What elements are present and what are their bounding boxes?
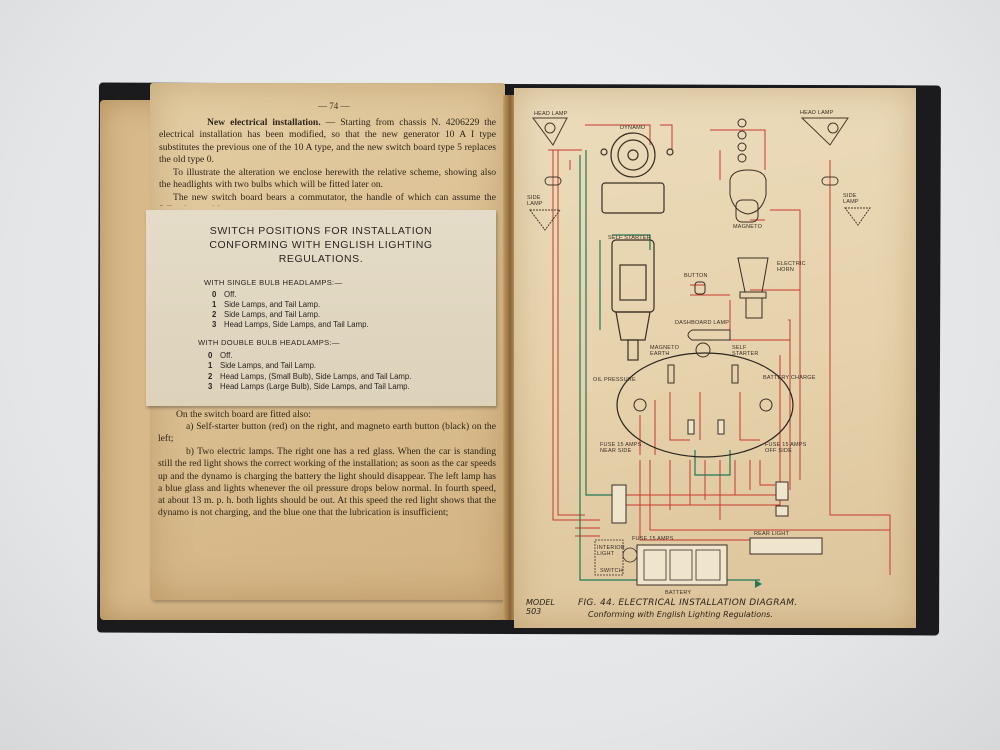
label-fuse-battery: FUSE 15 AMPS (632, 536, 674, 542)
label-battery: BATTERY (665, 590, 691, 596)
label-head-lamp-left: HEAD LAMP (534, 111, 568, 117)
label-dashboard-lamp: DASHBOARD LAMP (675, 320, 729, 326)
label-button: BUTTON (684, 273, 708, 279)
label-battery-charge: BATTERY CHARGE (763, 375, 816, 381)
label-self-starter-switch: SELF STARTER (732, 345, 760, 357)
label-self-starter: SELF STARTER (608, 235, 651, 241)
label-dynamo: DYNAMO (620, 125, 645, 131)
label-fuse-near-side: FUSE 15 AMPS NEAR SIDE (600, 442, 646, 454)
label-head-lamp-right: HEAD LAMP (800, 110, 834, 116)
label-magneto: MAGNETO (733, 224, 762, 230)
figure-caption-title: FIG. 44. ELECTRICAL INSTALLATION DIAGRAM… (578, 598, 797, 608)
label-magneto-earth: MAGNETO EARTH (650, 345, 680, 357)
label-interior-light: INTERIOR LIGHT (597, 545, 623, 557)
model-number: MODEL 503 (526, 598, 556, 616)
label-fuse-off-side: FUSE 15 AMPS OFF SIDE (765, 442, 811, 454)
label-side-lamp-right: SIDE LAMP (843, 193, 861, 205)
label-electric-horn: ELECTRIC HORN (777, 261, 807, 273)
label-oil-pressure: OIL PRESSURE (593, 377, 636, 383)
label-side-lamp-left: SIDE LAMP (527, 195, 545, 207)
figure-caption-subtitle: Conforming with English Lighting Regulat… (588, 610, 773, 619)
wiring-diagram (0, 0, 1000, 750)
label-rear-light: REAR LIGHT (754, 531, 789, 537)
label-switch: SWITCH (600, 568, 623, 574)
